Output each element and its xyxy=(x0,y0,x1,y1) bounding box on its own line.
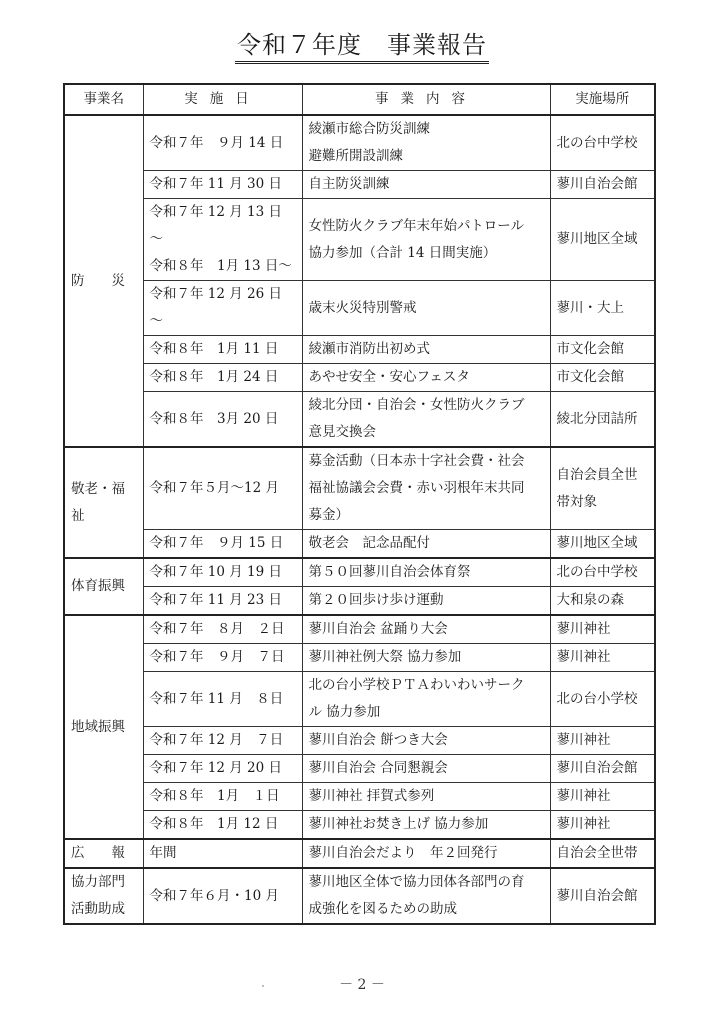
content-line: 第５０回蓼川自治会体育祭 xyxy=(309,559,544,586)
date-line: 令和８年 1月 13 日～ xyxy=(150,253,296,280)
place-cell: 蓼川神社 xyxy=(550,644,655,672)
place-cell: 大和泉の森 xyxy=(550,587,655,616)
category-cell: 防 災 xyxy=(64,115,143,447)
place-cell: 蓼川神社 xyxy=(550,615,655,644)
content-line: 成強化を図るための助成 xyxy=(309,896,544,923)
content-cell: 蓼川神社お焚き上げ 協力参加 xyxy=(302,811,550,840)
content-cell: 敬老会 記念品配付 xyxy=(302,530,550,559)
category-cell: 敬老・福祉 xyxy=(64,447,143,558)
content-cell: 第５０回蓼川自治会体育祭 xyxy=(302,558,550,587)
content-cell: 蓼川自治会 盆踊り大会 xyxy=(302,615,550,644)
date-cell: 令和７年 ９月 ７日 xyxy=(143,644,302,672)
date-cell: 令和７年 11 月 30 日 xyxy=(143,171,302,199)
category-cell: 広 報 xyxy=(64,839,143,868)
category-label-line: 活動助成 xyxy=(71,896,137,923)
content-line: 蓼川神社お焚き上げ 協力参加 xyxy=(309,811,544,838)
table-row: 令和８年 1月 11 日綾瀬市消防出初め式市文化会館 xyxy=(64,336,655,364)
content-line: 蓼川自治会 盆踊り大会 xyxy=(309,616,544,643)
content-line: 福祉協議会会費・赤い羽根年末共同 xyxy=(309,475,544,502)
content-cell: 蓼川神社例大祭 協力参加 xyxy=(302,644,550,672)
table-row: 協力部門活動助成令和７年６月・10 月蓼川地区全体で協力団体各部門の育成強化を図… xyxy=(64,868,655,924)
category-label-line: 協力部門 xyxy=(71,869,137,896)
table-row: 令和８年 1月 １日蓼川神社 拝賀式参列蓼川神社 xyxy=(64,783,655,811)
content-cell: 蓼川自治会 餅つき大会 xyxy=(302,727,550,755)
content-cell: 蓼川自治会 合同懇親会 xyxy=(302,755,550,783)
scan-speck xyxy=(262,985,264,987)
table-row: 令和８年 1月 24 日あやせ安全・安心フェスタ市文化会館 xyxy=(64,364,655,392)
date-cell: 年間 xyxy=(143,839,302,868)
content-cell: 募金活動（日本赤十字社会費・社会福祉協議会会費・赤い羽根年末共同募金） xyxy=(302,447,550,530)
content-cell: 蓼川神社 拝賀式参列 xyxy=(302,783,550,811)
content-cell: 綾瀬市消防出初め式 xyxy=(302,336,550,364)
content-line: 敬老会 記念品配付 xyxy=(309,530,544,557)
content-line: 募金） xyxy=(309,502,544,529)
content-cell: あやせ安全・安心フェスタ xyxy=(302,364,550,392)
place-cell: 蓼川自治会館 xyxy=(550,755,655,783)
table-row: 地域振興令和７年 ８月 ２日蓼川自治会 盆踊り大会蓼川神社 xyxy=(64,615,655,644)
table-row: 令和７年 11 月 ８日北の台小学校ＰＴＡわいわいサークル 協力参加北の台小学校 xyxy=(64,672,655,727)
place-cell: 綾北分団詰所 xyxy=(550,392,655,448)
content-cell: 綾北分団・自治会・女性防火クラブ意見交換会 xyxy=(302,392,550,448)
content-line: 蓼川地区全体で協力団体各部門の育 xyxy=(309,869,544,896)
content-cell: 蓼川地区全体で協力団体各部門の育成強化を図るための助成 xyxy=(302,868,550,924)
place-cell: 蓼川地区全域 xyxy=(550,530,655,559)
table-row: 令和８年 1月 12 日蓼川神社お焚き上げ 協力参加蓼川神社 xyxy=(64,811,655,840)
table-row: 防 災令和７年 ９月 14 日綾瀬市総合防災訓練避難所開設訓練北の台中学校 xyxy=(64,115,655,171)
place-cell: 蓼川地区全域 xyxy=(550,199,655,281)
content-line: 意見交換会 xyxy=(309,419,544,446)
table-row: 体育振興令和７年 10 月 19 日第５０回蓼川自治会体育祭北の台中学校 xyxy=(64,558,655,587)
date-cell: 令和７年 12 月 ７日 xyxy=(143,727,302,755)
place-cell: 蓼川・大上 xyxy=(550,281,655,336)
content-line: 蓼川自治会だより 年２回発行 xyxy=(309,840,544,867)
place-cell: 北の台小学校 xyxy=(550,672,655,727)
table-row: 広 報年間蓼川自治会だより 年２回発行自治会全世帯 xyxy=(64,839,655,868)
place-cell: 蓼川神社 xyxy=(550,783,655,811)
document-title: 令和７年度 事業報告 xyxy=(0,30,724,64)
content-line: 蓼川自治会 餅つき大会 xyxy=(309,727,544,754)
content-line: 蓼川自治会 合同懇親会 xyxy=(309,755,544,782)
content-cell: 自主防災訓練 xyxy=(302,171,550,199)
table-row: 敬老・福祉令和７年５月～12 月募金活動（日本赤十字社会費・社会福祉協議会会費・… xyxy=(64,447,655,530)
content-line: 募金活動（日本赤十字社会費・社会 xyxy=(309,448,544,475)
date-cell: 令和７年６月・10 月 xyxy=(143,868,302,924)
date-line: 令和７年 12 月 13 日～ xyxy=(150,199,296,253)
date-cell: 令和７年 ９月 15 日 xyxy=(143,530,302,559)
date-cell: 令和７年 12 月 20 日 xyxy=(143,755,302,783)
table-row: 令和７年 12 月 13 日～令和８年 1月 13 日～女性防火クラブ年末年始パ… xyxy=(64,199,655,281)
date-cell: 令和８年 3月 20 日 xyxy=(143,392,302,448)
content-line: 自主防災訓練 xyxy=(309,171,544,198)
place-cell: 蓼川神社 xyxy=(550,727,655,755)
date-cell: 令和８年 1月 24 日 xyxy=(143,364,302,392)
content-line: 避難所開設訓練 xyxy=(309,143,544,170)
content-line: 第２０回歩け歩け運動 xyxy=(309,587,544,614)
table-row: 令和７年 11 月 23 日第２０回歩け歩け運動大和泉の森 xyxy=(64,587,655,616)
content-cell: 蓼川自治会だより 年２回発行 xyxy=(302,839,550,868)
content-cell: 歳末火災特別警戒 xyxy=(302,281,550,336)
content-cell: 北の台小学校ＰＴＡわいわいサークル 協力参加 xyxy=(302,672,550,727)
content-cell: 綾瀬市総合防災訓練避難所開設訓練 xyxy=(302,115,550,171)
table-row: 令和７年 12 月 20 日蓼川自治会 合同懇親会蓼川自治会館 xyxy=(64,755,655,783)
page-number: － 2 － xyxy=(0,974,724,994)
date-cell: 令和８年 1月 11 日 xyxy=(143,336,302,364)
table-row: 令和７年 12 月 26 日～歳末火災特別警戒蓼川・大上 xyxy=(64,281,655,336)
header-content: 事業内容 xyxy=(302,84,550,115)
header-date: 実施日 xyxy=(143,84,302,115)
date-cell: 令和７年 ８月 ２日 xyxy=(143,615,302,644)
content-line: 綾瀬市総合防災訓練 xyxy=(309,116,544,143)
table-row: 令和７年 11 月 30 日自主防災訓練蓼川自治会館 xyxy=(64,171,655,199)
place-cell: 北の台中学校 xyxy=(550,558,655,587)
place-cell: 市文化会館 xyxy=(550,336,655,364)
place-cell: 蓼川自治会館 xyxy=(550,171,655,199)
content-line: 綾瀬市消防出初め式 xyxy=(309,336,544,363)
content-line: 北の台小学校ＰＴＡわいわいサーク xyxy=(309,672,544,699)
content-line: あやせ安全・安心フェスタ xyxy=(309,364,544,391)
content-line: 歳末火災特別警戒 xyxy=(309,295,544,322)
date-cell: 令和７年 12 月 26 日～ xyxy=(143,281,302,336)
content-line: 綾北分団・自治会・女性防火クラブ xyxy=(309,392,544,419)
place-cell: 蓼川神社 xyxy=(550,811,655,840)
content-line: 蓼川神社例大祭 協力参加 xyxy=(309,644,544,671)
date-cell: 令和７年 11 月 ８日 xyxy=(143,672,302,727)
date-cell: 令和７年 ９月 14 日 xyxy=(143,115,302,171)
category-cell: 体育振興 xyxy=(64,558,143,615)
place-cell: 自治会員全世帯対象 xyxy=(550,447,655,530)
date-cell: 令和７年 10 月 19 日 xyxy=(143,558,302,587)
place-cell: 北の台中学校 xyxy=(550,115,655,171)
place-cell: 蓼川自治会館 xyxy=(550,868,655,924)
date-cell: 令和７年 12 月 13 日～令和８年 1月 13 日～ xyxy=(143,199,302,281)
date-cell: 令和８年 1月 １日 xyxy=(143,783,302,811)
category-cell: 協力部門活動助成 xyxy=(64,868,143,924)
content-line: ル 協力参加 xyxy=(309,699,544,726)
table-row: 令和７年 ９月 15 日敬老会 記念品配付蓼川地区全域 xyxy=(64,530,655,559)
place-cell: 自治会全世帯 xyxy=(550,839,655,868)
table-header-row: 事業名 実施日 事業内容 実施場所 xyxy=(64,84,655,115)
content-line: 協力参加（合計 14 日間実施） xyxy=(309,240,544,267)
business-report-table: 事業名 実施日 事業内容 実施場所 防 災令和７年 ９月 14 日綾瀬市総合防災… xyxy=(63,83,656,925)
content-cell: 第２０回歩け歩け運動 xyxy=(302,587,550,616)
header-place: 実施場所 xyxy=(550,84,655,115)
category-cell: 地域振興 xyxy=(64,615,143,839)
header-business-name: 事業名 xyxy=(64,84,143,115)
date-cell: 令和７年５月～12 月 xyxy=(143,447,302,530)
date-cell: 令和７年 11 月 23 日 xyxy=(143,587,302,616)
content-line: 女性防火クラブ年末年始パトロール xyxy=(309,213,544,240)
table-row: 令和７年 12 月 ７日蓼川自治会 餅つき大会蓼川神社 xyxy=(64,727,655,755)
table-row: 令和７年 ９月 ７日蓼川神社例大祭 協力参加蓼川神社 xyxy=(64,644,655,672)
content-cell: 女性防火クラブ年末年始パトロール協力参加（合計 14 日間実施） xyxy=(302,199,550,281)
date-cell: 令和８年 1月 12 日 xyxy=(143,811,302,840)
place-cell: 市文化会館 xyxy=(550,364,655,392)
table-row: 令和８年 3月 20 日綾北分団・自治会・女性防火クラブ意見交換会綾北分団詰所 xyxy=(64,392,655,448)
content-line: 蓼川神社 拝賀式参列 xyxy=(309,783,544,810)
